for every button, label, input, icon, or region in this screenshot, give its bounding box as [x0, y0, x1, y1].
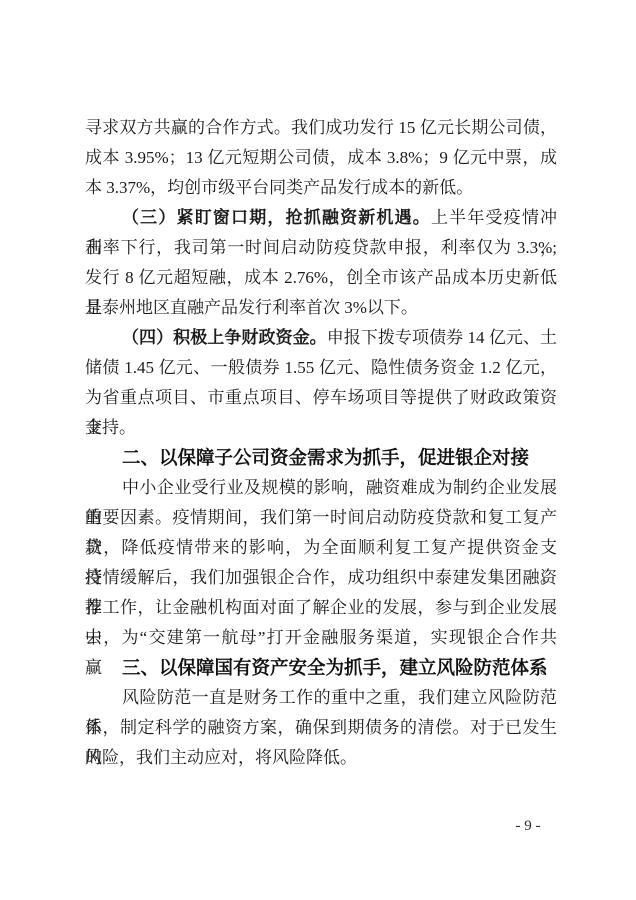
text-line: （三）紧盯窗口期，抢抓融资新机遇。上半年受疫情冲击， [85, 203, 557, 233]
text-line: 为省重点项目、市重点项目、停车场项目等提供了财政政策资金 [85, 383, 557, 413]
document-page: 寻求双方共赢的合作方式。我们成功发行 15 亿元长期公司债， 成本 3.95%；… [0, 0, 636, 900]
text-line: 本 3.37%，均创市级平台同类产品发行成本的新低。 [85, 173, 557, 203]
text-line: 去，为“交建第一航母”打开金融服务渠道，实现银企合作共赢。 [85, 623, 557, 653]
text-line: 疫情缓解后，我们加强银企合作，成功组织中泰建发集团融资推 [85, 563, 557, 593]
text-line: 中小企业受行业及规模的影响，融资难成为制约企业发展的 [85, 473, 557, 503]
text-line: （四）积极上争财政资金。申报下拨专项债券 14 亿元、土 [85, 323, 557, 353]
text-line: 荐工作，让金融机构面对面了解企业的发展，参与到企业发展中 [85, 593, 557, 623]
subheading-run: （四）积极上争财政资金。 [122, 328, 327, 347]
text-line: 支持。 [85, 413, 557, 443]
text-line: 发行 8 亿元超短融，成本 2.76%，创全市该产品成本历史新低且 [85, 263, 557, 293]
subheading-run: （三）紧盯窗口期，抢抓融资新机遇。 [122, 208, 431, 227]
text-line: 风险，我们主动应对，将风险降低。 [85, 743, 557, 773]
section-heading: 三、以保障国有资产安全为抓手，建立风险防范体系 [85, 653, 557, 683]
text-block: 寻求双方共赢的合作方式。我们成功发行 15 亿元长期公司债， 成本 3.95%；… [85, 113, 557, 773]
text-line: 寻求双方共赢的合作方式。我们成功发行 15 亿元长期公司债， [85, 113, 557, 143]
text-line: 系，制定科学的融资方案，确保到期债务的清偿。对于已发生的 [85, 713, 557, 743]
text-line: 重要因素。疫情期间，我们第一时间启动防疫贷款和复工复产贷 [85, 503, 557, 533]
text-run: 申报下拨专项债券 14 亿元、土 [327, 328, 557, 347]
text-line: 利率下行，我司第一时间启动防疫贷款申报，利率仅为 3.3%; [85, 233, 557, 263]
section-heading: 二、以保障子公司资金需求为抓手，促进银企对接 [85, 443, 557, 473]
text-line: 储债 1.45 亿元、一般债券 1.55 亿元、隐性债务资金 1.2 亿元， [85, 353, 557, 383]
text-line: 风险防范一直是财务工作的重中之重，我们建立风险防范体 [85, 683, 557, 713]
text-line: 是泰州地区直融产品发行利率首次 3%以下。 [85, 293, 557, 323]
page-number: - 9 - [506, 816, 550, 836]
text-line: 成本 3.95%；13 亿元短期公司债，成本 3.8%；9 亿元中票，成 [85, 143, 557, 173]
text-line: 款，降低疫情带来的影响，为全面顺利复工复产提供资金支持。 [85, 533, 557, 563]
